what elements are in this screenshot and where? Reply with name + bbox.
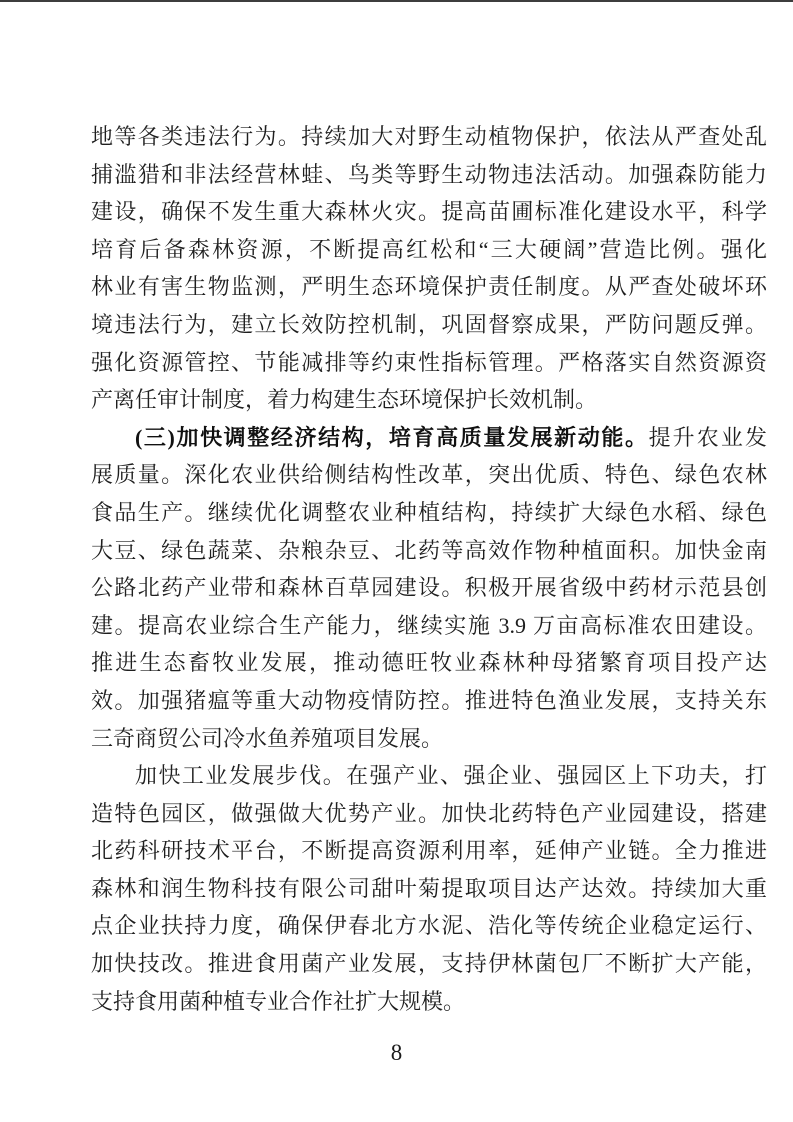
text-line: 效。加强猪瘟等重大动物疫情防控。推进特色渔业发展，支持关东 (91, 682, 767, 720)
body-text: 推进生态畜牧业发展，推动德旺牧业森林种母猪繁育项目投产达 (91, 650, 767, 675)
paragraph: 地等各类违法行为。持续加大对野生动植物保护，依法从严查处乱捕滥猎和非法经营林蛙、… (91, 118, 767, 419)
body-text: 林业有害生物监测，严明生态环境保护责任制度。从严查处破坏环 (91, 274, 767, 299)
body-text: 建设，确保不发生重大森林火灾。提高苗圃标准化建设水平，科学 (91, 199, 767, 224)
body-text: 加快工业发展步伐。在强产业、强企业、强园区上下功夫，打 (135, 763, 767, 788)
body-text: 大豆、绿色蔬菜、杂粮杂豆、北药等高效作物种植面积。加快金南 (91, 538, 767, 563)
text-line: 加快工业发展步伐。在强产业、强企业、强园区上下功夫，打 (91, 757, 767, 795)
text-line: 境违法行为，建立长效防控机制，巩固督察成果，严防问题反弹。 (91, 306, 767, 344)
text-line: 地等各类违法行为。持续加大对野生动植物保护，依法从严查处乱 (91, 118, 767, 156)
text-line: 产离任审计制度，着力构建生态环境保护长效机制。 (91, 381, 767, 419)
text-line: 三奇商贸公司冷水鱼养殖项目发展。 (91, 720, 767, 758)
body-text: 造特色园区，做强做大优势产业。加快北药特色产业园建设，搭建 (91, 801, 767, 826)
text-line: 北药科研技术平台，不断提高资源利用率，延伸产业链。全力推进 (91, 832, 767, 870)
text-line: 推进生态畜牧业发展，推动德旺牧业森林种母猪繁育项目投产达 (91, 644, 767, 682)
body-text: 境违法行为，建立长效防控机制，巩固督察成果，严防问题反弹。 (91, 312, 767, 337)
text-line: 食品生产。继续优化调整农业种植结构，持续扩大绿色水稻、绿色 (91, 494, 767, 532)
body-text: 培育后备森林资源，不断提高红松和“三大硬阔”营造比例。强化 (91, 237, 767, 262)
body-text: 效。加强猪瘟等重大动物疫情防控。推进特色渔业发展，支持关东 (91, 688, 767, 713)
text-line: 点企业扶持力度，确保伊春北方水泥、浩化等传统企业稳定运行、 (91, 907, 767, 945)
body-text: 加快技改。推进食用菌产业发展，支持伊林菌包厂不断扩大产能， (91, 951, 767, 976)
body-text: 森林和润生物科技有限公司甜叶菊提取项目达产达效。持续加大重 (91, 876, 767, 901)
section-heading-text: (三)加快调整经济结构，培育高质量发展新动能。 (135, 425, 649, 450)
body-text: 三奇商贸公司冷水鱼养殖项目发展。 (91, 726, 443, 751)
document-page: { "page": { "number": "8", "background_c… (0, 0, 793, 1122)
text-line: 造特色园区，做强做大优势产业。加快北药特色产业园建设，搭建 (91, 795, 767, 833)
body-text: 地等各类违法行为。持续加大对野生动植物保护，依法从严查处乱 (91, 124, 767, 149)
text-line: 公路北药产业带和森林百草园建设。积极开展省级中药材示范县创 (91, 569, 767, 607)
page-number: 8 (0, 1040, 793, 1066)
text-line: 捕滥猎和非法经营林蛙、鸟类等野生动物违法活动。加强森防能力 (91, 156, 767, 194)
body-text: 点企业扶持力度，确保伊春北方水泥、浩化等传统企业稳定运行、 (91, 913, 767, 938)
text-line: (三)加快调整经济结构，培育高质量发展新动能。提升农业发 (91, 419, 767, 457)
body-text: 产离任审计制度，着力构建生态环境保护长效机制。 (91, 387, 597, 412)
text-line: 强化资源管控、节能减排等约束性指标管理。严格落实自然资源资 (91, 344, 767, 382)
body-text: 捕滥猎和非法经营林蛙、鸟类等野生动物违法活动。加强森防能力 (91, 162, 767, 187)
text-line: 加快技改。推进食用菌产业发展，支持伊林菌包厂不断扩大产能， (91, 945, 767, 983)
text-line: 建。提高农业综合生产能力，继续实施 3.9 万亩高标准农田建设。 (91, 607, 767, 645)
body-text: 食品生产。继续优化调整农业种植结构，持续扩大绿色水稻、绿色 (91, 500, 767, 525)
paragraph: 加快工业发展步伐。在强产业、强企业、强园区上下功夫，打造特色园区，做强做大优势产… (91, 757, 767, 1020)
body-text: 建。提高农业综合生产能力，继续实施 3.9 万亩高标准农田建设。 (91, 613, 767, 638)
paragraph: (三)加快调整经济结构，培育高质量发展新动能。提升农业发展质量。深化农业供给侧结… (91, 419, 767, 757)
text-line: 森林和润生物科技有限公司甜叶菊提取项目达产达效。持续加大重 (91, 870, 767, 908)
document-body: 地等各类违法行为。持续加大对野生动植物保护，依法从严查处乱捕滥猎和非法经营林蛙、… (91, 118, 767, 1020)
text-line: 展质量。深化农业供给侧结构性改革，突出优质、特色、绿色农林 (91, 456, 767, 494)
text-line: 支持食用菌种植专业合作社扩大规模。 (91, 983, 767, 1021)
text-line: 大豆、绿色蔬菜、杂粮杂豆、北药等高效作物种植面积。加快金南 (91, 532, 767, 570)
body-text: 展质量。深化农业供给侧结构性改革，突出优质、特色、绿色农林 (91, 462, 767, 487)
text-line: 林业有害生物监测，严明生态环境保护责任制度。从严查处破坏环 (91, 268, 767, 306)
scan-edge-line (0, 0, 793, 2)
body-text: 支持食用菌种植专业合作社扩大规模。 (91, 989, 465, 1014)
text-line: 培育后备森林资源，不断提高红松和“三大硬阔”营造比例。强化 (91, 231, 767, 269)
text-line: 建设，确保不发生重大森林火灾。提高苗圃标准化建设水平，科学 (91, 193, 767, 231)
body-text: 强化资源管控、节能减排等约束性指标管理。严格落实自然资源资 (91, 350, 767, 375)
body-text: 北药科研技术平台，不断提高资源利用率，延伸产业链。全力推进 (91, 838, 767, 863)
body-text: 提升农业发 (649, 425, 767, 450)
body-text: 公路北药产业带和森林百草园建设。积极开展省级中药材示范县创 (91, 575, 767, 600)
